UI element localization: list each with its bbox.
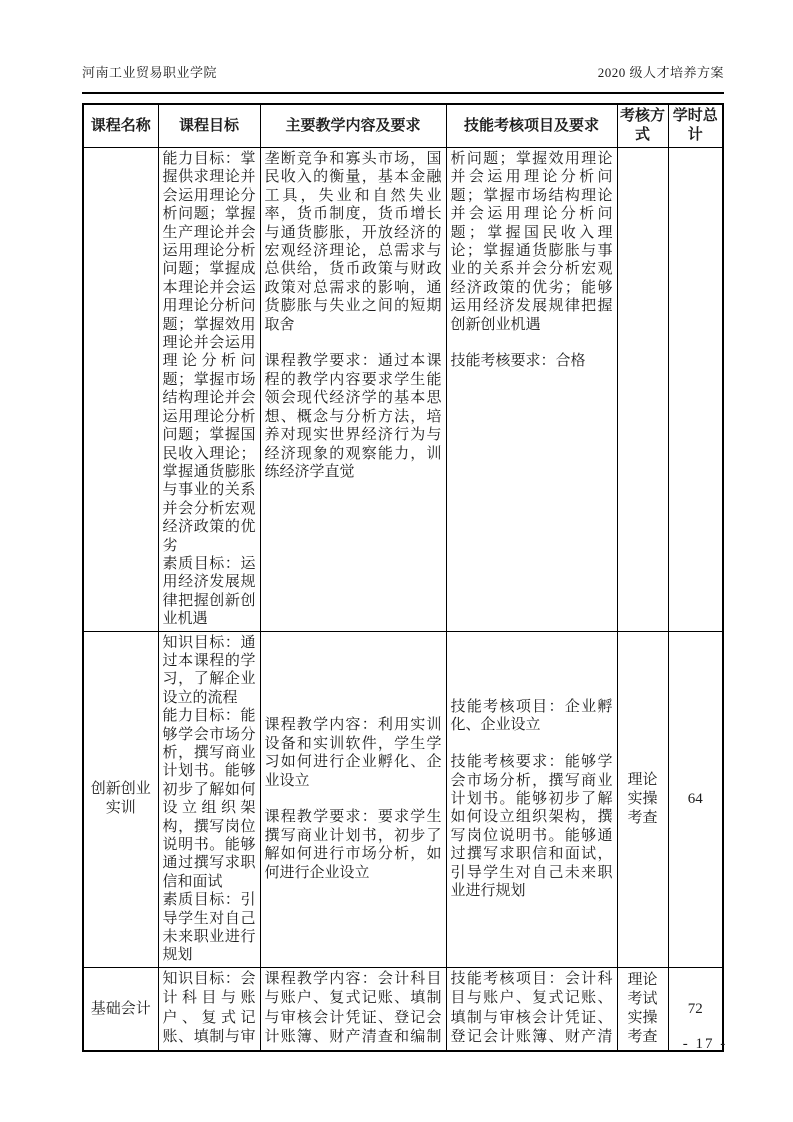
table-row: 能力目标：掌握供求理论并会运用理论分析问题；掌握生产理论并会运用理论分析问题；掌… — [83, 148, 723, 632]
header-school-name: 河南工业贸易职业学院 — [82, 62, 217, 81]
cell-assessment-method — [617, 148, 668, 632]
table-row: 创新创业实训 知识目标：通过本课程的学习，了解企业设立的流程 能力目标：能够学会… — [83, 631, 723, 967]
cell-skill-assessment: 析问题；掌握效用理论并会运用理论分析问题；掌握市场结构理论并会运用理论分析问题；… — [446, 148, 617, 632]
col-header-teaching-content: 主要教学内容及要求 — [260, 104, 446, 148]
cell-total-hours: 64 — [668, 631, 723, 967]
cell-course-name — [83, 148, 158, 632]
col-header-assessment-method: 考核方式 — [617, 104, 668, 148]
header-plan-title: 2020 级人才培养方案 — [598, 62, 724, 81]
col-header-course-name: 课程名称 — [83, 104, 158, 148]
cell-total-hours — [668, 148, 723, 632]
cell-course-objectives: 知识目标：会计科目与账户、复式记账、填制与审核会 — [158, 967, 260, 1051]
col-header-course-objectives: 课程目标 — [158, 104, 260, 148]
page-number: - 17 - — [640, 1036, 770, 1053]
cell-course-objectives: 能力目标：掌握供求理论并会运用理论分析问题；掌握生产理论并会运用理论分析问题；掌… — [158, 148, 260, 632]
table-header-row: 课程名称 课程目标 主要教学内容及要求 技能考核项目及要求 考核方式 学时总计 — [83, 104, 723, 148]
col-header-skill-assessment: 技能考核项目及要求 — [446, 104, 617, 148]
cell-course-objectives: 知识目标：通过本课程的学习，了解企业设立的流程 能力目标：能够学会市场分析，撰写… — [158, 631, 260, 967]
cell-assessment-method: 理论 实操 考查 — [617, 631, 668, 967]
col-header-total-hours: 学时总计 — [668, 104, 723, 148]
cell-teaching-content: 课程教学内容：会计科目与账户、复式记账、填制与审核会计凭证、登记会计账簿、财产清… — [260, 967, 446, 1051]
cell-course-name: 创新创业实训 — [83, 631, 158, 967]
running-header: 河南工业贸易职业学院 2020 级人才培养方案 — [82, 62, 724, 94]
cell-skill-assessment: 技能考核项目：企业孵化、企业设立 技能考核要求：能够学会市场分析，撰写商业计划书… — [446, 631, 617, 967]
cell-teaching-content: 课程教学内容：利用实训设备和实训软件，学生学习如何进行企业孵化、企业设立 课程教… — [260, 631, 446, 967]
course-plan-table: 课程名称 课程目标 主要教学内容及要求 技能考核项目及要求 考核方式 学时总计 … — [82, 103, 724, 1052]
document-page: 河南工业贸易职业学院 2020 级人才培养方案 课程名称 课程目标 主要教学内容… — [0, 0, 793, 1122]
table-row: 基础会计 知识目标：会计科目与账户、复式记账、填制与审核会 课程教学内容：会计科… — [83, 967, 723, 1051]
cell-teaching-content: 垄断竞争和寡头市场，国民收入的衡量，基本金融工具，失业和自然失业率，货币制度，货… — [260, 148, 446, 632]
cell-skill-assessment: 技能考核项目：会计科目与账户、复式记账、填制与审核会计凭证、登记会计账簿、财产清… — [446, 967, 617, 1051]
cell-course-name: 基础会计 — [83, 967, 158, 1051]
